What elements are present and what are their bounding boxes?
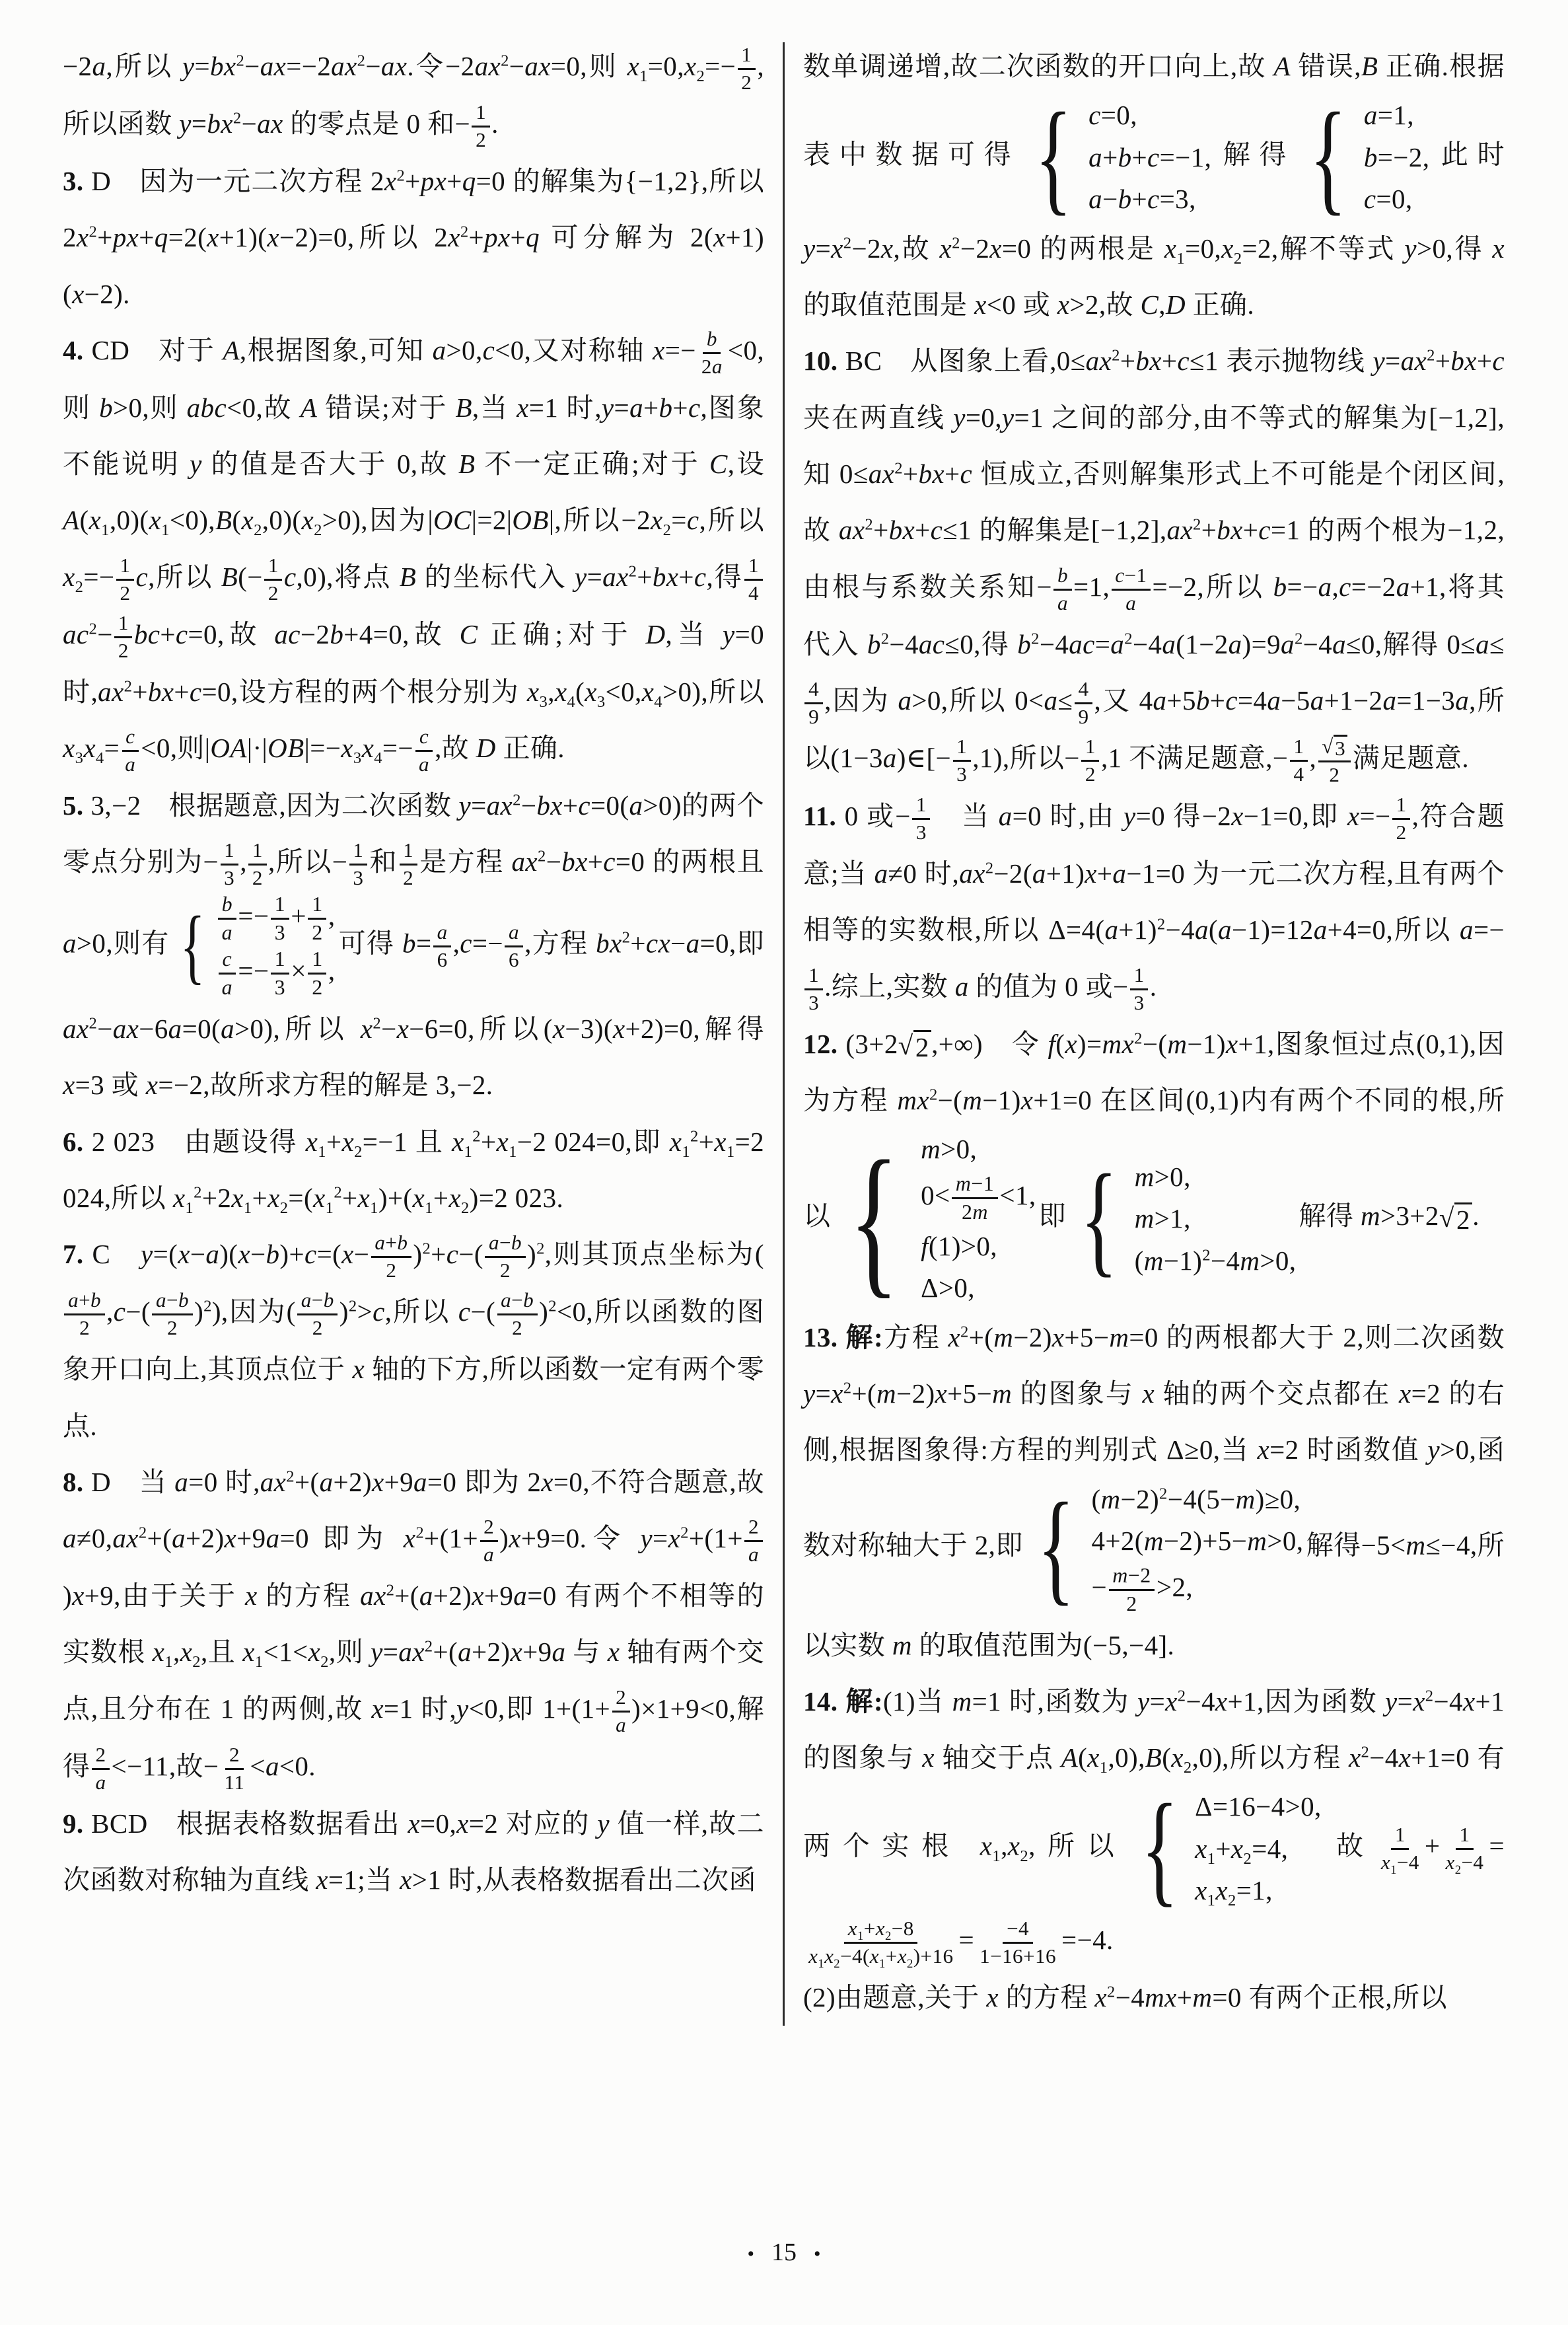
item-14: 14. 解:(1)当 m=1 时,函数为 y=x2−4x+1,因为函数 y=x2… xyxy=(803,1674,1505,1970)
answer-book-page: −2a,所以 y=bx2−ax=−2ax2−ax.令−2ax2−ax=0,则 x… xyxy=(0,0,1568,2325)
item-9-continuation: 数单调递增,故二次函数的开口向上,故 A 错误,B 正确.根据表中数据可得{c=… xyxy=(803,38,1505,333)
right-column: 数单调递增,故二次函数的开口向上,故 A 错误,B 正确.根据表中数据可得{c=… xyxy=(803,38,1505,2026)
item-7: 7. C y=(x−a)(x−b)+c=(x−a+b2)2+c−(a−b2)2,… xyxy=(63,1226,764,1454)
item-3: 3. D 因为一元二次方程 2x2+px+q=0 的解集为{−1,2},所以 2… xyxy=(63,153,764,322)
item-11: 11. 0 或−13 当 a=0 时,由 y=0 得−2x−1=0,即 x=−1… xyxy=(803,788,1505,1016)
item-13: 13. 解:方程 x2+(m−2)x+5−m=0 的两根都大于 2,则二次函数 … xyxy=(803,1310,1505,1674)
left-column: −2a,所以 y=bx2−ax=−2ax2−ax.令−2ax2−ax=0,则 x… xyxy=(63,38,764,2026)
footer-left-dot-icon: • xyxy=(747,2243,754,2265)
page-content: −2a,所以 y=bx2−ax=−2ax2−ax.令−2ax2−ax=0,则 x… xyxy=(63,38,1505,2026)
item-8: 8. D 当 a=0 时,ax2+(a+2)x+9a=0 即为 2x=0,不符合… xyxy=(63,1454,764,1796)
item-5: 5. 3,−2 根据题意,因为二次函数 y=ax2−bx+c=0(a>0)的两个… xyxy=(63,778,764,1114)
item-12: 12. (3+2√2,+∞) 令 f(x)=mx2−(m−1)x+1,图象恒过点… xyxy=(803,1016,1505,1310)
item-4: 4. CD 对于 A,根据图象,可知 a>0,c<0,又对称轴 x=−b2a<0… xyxy=(63,322,764,778)
item-10: 10. BC 从图象上看,0≤ax2+bx+c≤1 表示抛物线 y=ax2+bx… xyxy=(803,333,1505,788)
page-number: 15 xyxy=(771,2238,797,2266)
footer-right-dot-icon: • xyxy=(814,2243,821,2265)
column-divider xyxy=(783,42,785,2026)
item-6: 6. 2 023 由题设得 x1+x2=−1 且 x12+x1−2 024=0,… xyxy=(63,1114,764,1227)
page-footer: •15• xyxy=(0,2238,1568,2267)
item-2-continuation: −2a,所以 y=bx2−ax=−2ax2−ax.令−2ax2−ax=0,则 x… xyxy=(63,38,764,153)
item-14-part2: (2)由题意,关于 x 的方程 x2−4mx+m=0 有两个正根,所以 xyxy=(803,1970,1505,2026)
item-9-start: 9. BCD 根据表格数据看出 x=0,x=2 对应的 y 值一样,故二次函数对… xyxy=(63,1796,764,1909)
